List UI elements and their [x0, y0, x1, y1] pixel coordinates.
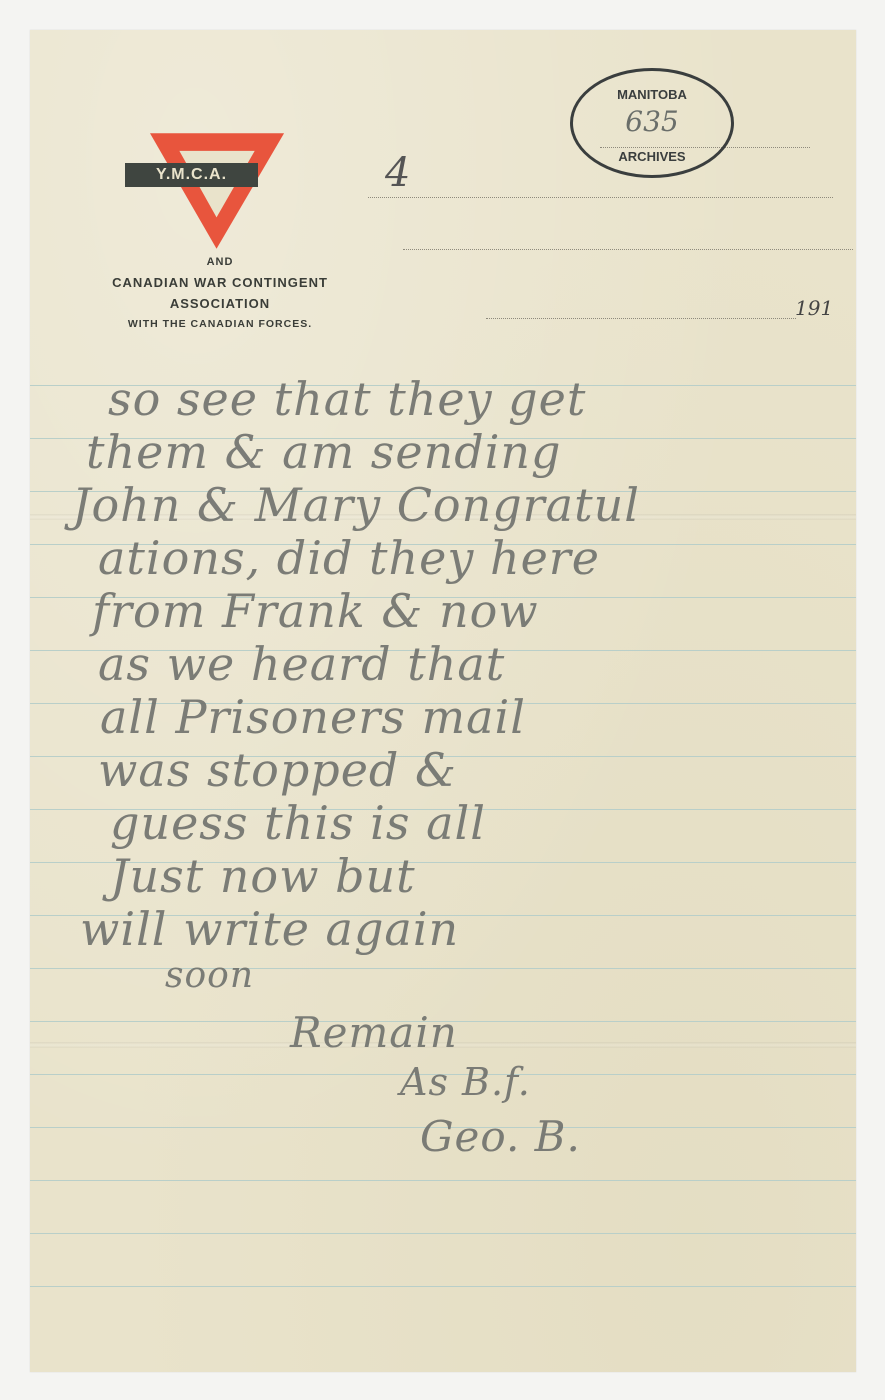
stamp-number: 635 — [573, 105, 731, 138]
archive-stamp: MANITOBA 635 ARCHIVES — [570, 68, 734, 178]
letter-line: soon — [165, 955, 254, 996]
letter-line: was stopped & — [98, 743, 457, 797]
letterhead-forces: WITH THE CANADIAN FORCES. — [50, 318, 390, 330]
letter-line: Just now but — [110, 849, 416, 903]
letterhead-association: ASSOCIATION — [50, 296, 390, 311]
date-year: 191 — [795, 296, 833, 320]
stamp-label-bottom: ARCHIVES — [573, 149, 731, 164]
signature: Geo. B. — [420, 1112, 581, 1161]
letter-line: will write again — [80, 902, 459, 956]
page-number: 4 — [385, 150, 410, 196]
letter-line: ations, did they here — [98, 531, 600, 585]
letter-line: them & am sending — [86, 425, 562, 479]
ruled-line — [30, 1180, 856, 1181]
ymca-label: Y.M.C.A. — [125, 163, 258, 187]
letter-line: all Prisoners mail — [100, 690, 526, 744]
ymca-triangle-logo — [150, 130, 287, 250]
letterhead-and: AND — [50, 256, 390, 268]
stamp-label-top: MANITOBA — [573, 87, 731, 102]
header-dotted-line — [403, 249, 853, 250]
letter-line: John & Mary Congratul — [72, 478, 640, 532]
letter-line: guess this is all — [110, 796, 486, 850]
letter-line: from Frank & now — [92, 584, 539, 638]
letterhead-org: CANADIAN WAR CONTINGENT — [50, 275, 390, 290]
letter-line: as we heard that — [98, 637, 505, 691]
header-dotted-line — [368, 197, 833, 198]
ruled-line — [30, 1286, 856, 1287]
closing-line: As B.f. — [400, 1060, 531, 1104]
ruled-line — [30, 968, 856, 969]
closing-remain: Remain — [290, 1008, 458, 1057]
date-dotted-line — [486, 318, 796, 319]
ruled-line — [30, 1233, 856, 1234]
letter-line: so see that they get — [108, 372, 586, 426]
